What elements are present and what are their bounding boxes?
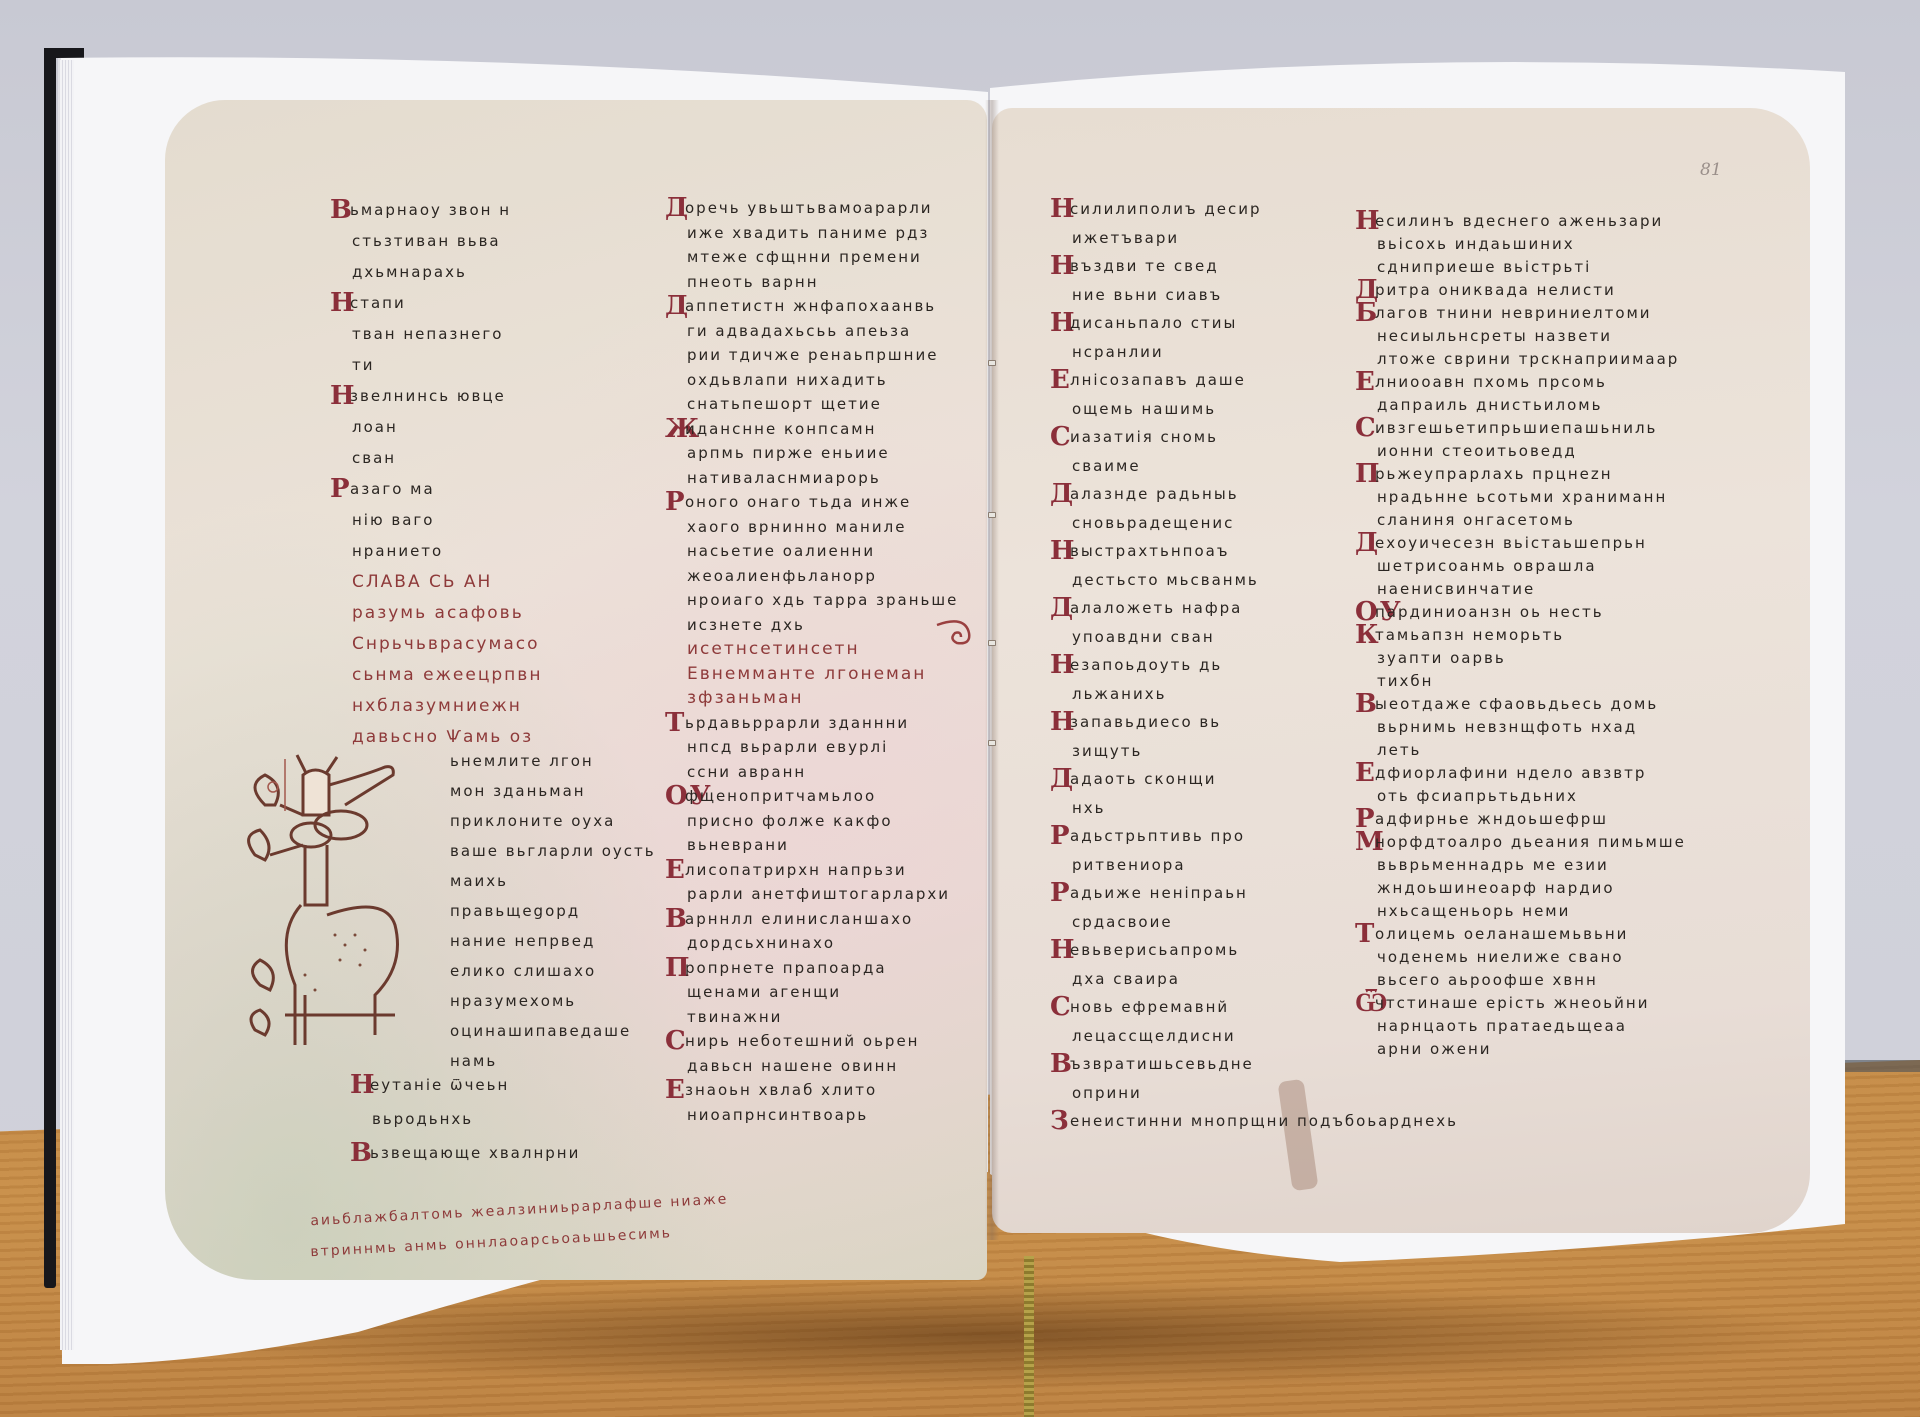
manuscript-line: правьщеgорд xyxy=(428,896,668,926)
binding-stitch xyxy=(988,640,996,646)
manuscript-line: Дадаоть сконщи xyxy=(1050,765,1360,794)
line-text: насьетие оалиенни xyxy=(687,542,875,560)
manuscript-line: лецассщелдисни xyxy=(1050,1022,1360,1051)
rubricated-initial: Е xyxy=(665,1078,685,1103)
rubricated-initial: Е xyxy=(1355,371,1375,394)
manuscript-line: рии тдичже ренаьпршние xyxy=(665,343,975,368)
line-text: ваше вьгларли оусть xyxy=(450,842,656,860)
manuscript-line: арпмь пирже еньиие xyxy=(665,441,975,466)
rubricated-initial: М xyxy=(1355,831,1375,854)
rubricated-initial: Н xyxy=(1050,651,1070,680)
line-text: зуапти оарвь xyxy=(1377,649,1506,667)
manuscript-line: елико слишахо xyxy=(428,956,668,986)
line-text: адьстрьптивь про xyxy=(1070,827,1245,845)
manuscript-line: ваше вьгларли оусть xyxy=(428,836,668,866)
line-text: мтеже сфщнни премени xyxy=(687,248,922,266)
line-text: нпсд вьрарли евурлі xyxy=(687,738,888,756)
left-column-2: Доречь увьштьвамоарарлииже хвадить паним… xyxy=(665,196,975,1127)
line-text: силилиполиъ десир xyxy=(1070,200,1261,218)
manuscript-line: срдасвоие xyxy=(1050,908,1360,937)
line-text: рии тдичже ренаьпршние xyxy=(687,346,938,364)
zoomorphic-initial-beast-icon xyxy=(245,745,435,1065)
line-text: евьверисьапромь xyxy=(1070,941,1239,959)
line-text: тван непазнего xyxy=(352,325,503,343)
rubricated-initial: Т xyxy=(665,711,685,736)
line-text: вьневрани xyxy=(687,836,789,854)
rubricated-initial: Е xyxy=(1355,762,1375,785)
manuscript-line: приклоните оуха xyxy=(428,806,668,836)
manuscript-line: Нвъздви те свед xyxy=(1050,252,1360,281)
line-text: ьмарнаоу звон н xyxy=(350,201,511,219)
right-column-2: Несилинъ вдеснего аженьзаривьісохь индаь… xyxy=(1355,210,1685,1061)
line-text: адфирнье жндоьшефрш xyxy=(1375,810,1608,828)
manuscript-line: мон зданьман xyxy=(428,776,668,806)
rubricated-initial: Д xyxy=(1050,480,1070,509)
line-text: нарнцаоть пратаедьщеаа xyxy=(1377,1017,1627,1035)
rubricated-initial: Н xyxy=(1050,708,1070,737)
line-text: Снрьчьврасумасо xyxy=(352,634,539,654)
line-text: алазнде радьныь xyxy=(1070,485,1239,503)
rubricated-initial: В xyxy=(350,1136,370,1170)
line-text: вьврьменнадрь ме езии xyxy=(1377,856,1609,874)
line-text: нхблазумниежн xyxy=(352,696,522,716)
line-text: сьнма ежеецрпвн xyxy=(352,665,542,685)
line-text: дхьмнарахь xyxy=(352,263,467,281)
manuscript-line: жеоалиенфьланорр xyxy=(665,564,975,589)
manuscript-line: мтеже сфщнни премени xyxy=(665,245,975,270)
manuscript-line: вьневрани xyxy=(665,833,975,858)
manuscript-line: нрадьнне ьсотьми храниманн xyxy=(1355,486,1685,509)
manuscript-line: оприни xyxy=(1050,1079,1360,1108)
manuscript-line: Выеотдаже сфаовьдьесь домь xyxy=(1355,693,1685,716)
line-text: леть xyxy=(1377,741,1421,759)
line-text: ропрнете прапоарда xyxy=(685,959,887,977)
manuscript-line: нхьсащеньорь неми xyxy=(1355,900,1685,923)
manuscript-line: исзнете дхь xyxy=(665,613,975,638)
line-text: хаого врнинно маниле xyxy=(687,518,906,536)
manuscript-line: Нсилилиполиъ десир xyxy=(1050,195,1360,224)
manuscript-line: Възвратишьсевьдне xyxy=(1050,1050,1360,1079)
line-text: лнісозапавъ даше xyxy=(1070,371,1246,389)
manuscript-line: Нвыстрахтьнпоаъ xyxy=(1050,537,1360,566)
manuscript-line: твинажни xyxy=(665,1005,975,1030)
manuscript-line: Снирь неботешний оьрен xyxy=(665,1029,975,1054)
line-text: маихь xyxy=(450,872,508,890)
line-text: стапи xyxy=(350,294,406,312)
book-cover-corner xyxy=(44,48,84,58)
manuscript-line: зфзаньман xyxy=(665,686,975,711)
beast-text-column: ьнемлите лгонмон зданьманприклоните оуха… xyxy=(428,746,668,1076)
manuscript-line: Роного онаго тьда инже xyxy=(665,490,975,515)
binding-stitch xyxy=(988,360,996,366)
rubricated-initial: Р xyxy=(1050,822,1070,851)
line-text: елико слишахо xyxy=(450,962,596,980)
line-text: выстрахтьнпоаъ xyxy=(1070,542,1229,560)
line-text: шетрисоанмь оврашла xyxy=(1377,557,1597,575)
line-text: ние вьни сиавъ xyxy=(1072,286,1222,304)
manuscript-line: Елнісозапавъ даше xyxy=(1050,366,1360,395)
line-text: арннлл елинисланшахо xyxy=(685,910,913,928)
line-text: исетнсетинсетн xyxy=(687,639,860,659)
line-text: нирь неботешний оьрен xyxy=(685,1032,920,1050)
line-text: арни ожени xyxy=(1377,1040,1492,1058)
manuscript-line: упоавдни сван xyxy=(1050,623,1360,652)
rubricated-initial: Н xyxy=(1050,309,1070,338)
manuscript-line: ритвениора xyxy=(1050,851,1360,880)
manuscript-line: сван xyxy=(330,443,660,474)
rubricated-initial: Б xyxy=(1355,302,1375,325)
rubricated-initial: Р xyxy=(665,490,685,515)
line-text: охдьвлапи нихадить xyxy=(687,371,888,389)
manuscript-line: Вьзвещающе хвалнрни xyxy=(350,1136,660,1170)
manuscript-line: оть фсиапрьтьдьних xyxy=(1355,785,1685,808)
manuscript-line: Далазнде радьныь xyxy=(1050,480,1360,509)
line-text: лагов тнини невриниелтоми xyxy=(1375,304,1652,322)
manuscript-line: наенисвинчатие xyxy=(1355,578,1685,601)
manuscript-line: вьврьменнадрь ме езии xyxy=(1355,854,1685,877)
line-text: исзнете дхь xyxy=(687,616,805,634)
line-text: тамьапзн неморьть xyxy=(1375,626,1564,644)
line-text: зфзаньман xyxy=(687,688,804,708)
manuscript-line: Варннлл елинисланшахо xyxy=(665,907,975,932)
manuscript-line: Ѿчтстинаше ерість жнеоьйни xyxy=(1355,992,1685,1015)
line-text: сваиме xyxy=(1072,457,1141,475)
manuscript-line: Вьмарнаоу звон н xyxy=(330,195,660,226)
manuscript-line: ьнемлите лгон xyxy=(428,746,668,776)
line-text: лисопатрирхн напрьзи xyxy=(685,861,907,879)
line-text: звелнинсь ювце xyxy=(350,387,506,405)
manuscript-line: Несилинъ вдеснего аженьзари xyxy=(1355,210,1685,233)
manuscript-line: лоан xyxy=(330,412,660,443)
line-text: новь ефремавнй xyxy=(1070,998,1229,1016)
manuscript-line: Елниооавн пхомь прсомь xyxy=(1355,371,1685,394)
manuscript-line: стьзтиван вьва xyxy=(330,226,660,257)
manuscript-line: Даппетистн жнфапохаанвь xyxy=(665,294,975,319)
line-text: арпмь пирже еньиие xyxy=(687,444,890,462)
manuscript-line: Незапоьдоуть дь xyxy=(1050,651,1360,680)
manuscript-line: пнеоть варнн xyxy=(665,270,975,295)
manuscript-line: маихь xyxy=(428,866,668,896)
manuscript-line: нарнцаоть пратаедьщеаа xyxy=(1355,1015,1685,1038)
line-text: давьсно Ѱамь оз xyxy=(352,727,533,747)
rubricated-initial: Н xyxy=(1050,252,1070,281)
line-text: Евнемманте лгонеман xyxy=(687,664,926,684)
rubricated-initial: Д xyxy=(1050,594,1070,623)
line-text: упоавдни сван xyxy=(1072,628,1215,646)
rubricated-initial: П xyxy=(1355,463,1375,486)
manuscript-line: СЛАВА СЬ АН xyxy=(330,567,660,598)
line-text: чтстинаше ерість жнеоьйни xyxy=(1375,994,1649,1012)
line-text: лниооавн пхомь прсомь xyxy=(1375,373,1607,391)
rubricated-initial: Р xyxy=(1050,879,1070,908)
line-text: оприни xyxy=(1072,1084,1142,1102)
line-text: оного онаго тьда инже xyxy=(685,493,911,511)
rubricated-initial: Д xyxy=(1355,532,1375,555)
line-text: вьродьнхь xyxy=(372,1110,473,1128)
line-text: нание непрвед xyxy=(450,932,595,950)
manuscript-line: нхблазумниежн xyxy=(330,691,660,722)
line-text: разумь асафовь xyxy=(352,603,524,623)
rubricated-initial: С xyxy=(665,1029,685,1054)
manuscript-line: Толицемь оеланашемьвьни xyxy=(1355,923,1685,946)
line-text: енеистинни мнопрщни подъбоьарднехь xyxy=(1070,1112,1458,1130)
manuscript-line: Радьстрьптивь про xyxy=(1050,822,1360,851)
line-text: ги адвадахьсьь апеьза xyxy=(687,322,911,340)
manuscript-line: Евнемманте лгонеман xyxy=(665,662,975,687)
line-text: иданснне конпсамн xyxy=(685,420,876,438)
manuscript-line: Дехоуичесезн вьістаьшепрьн xyxy=(1355,532,1685,555)
line-text: вьісохь индаьшиних xyxy=(1377,235,1575,253)
rubricated-initial: ОУ xyxy=(665,784,685,809)
manuscript-line: охдьвлапи нихадить xyxy=(665,368,975,393)
line-text: дисаньпало стиы xyxy=(1070,314,1237,332)
rubricated-initial: Д xyxy=(1050,765,1070,794)
line-text: нію ваго xyxy=(352,511,434,529)
line-text: фщенопритчамьлоо xyxy=(685,787,876,805)
line-text: дапраиль днистьиломь xyxy=(1377,396,1602,414)
manuscript-line: шетрисоанмь оврашла xyxy=(1355,555,1685,578)
manuscript-line: нранието xyxy=(330,536,660,567)
manuscript-line: насьетие оалиенни xyxy=(665,539,975,564)
line-text: срдасвоие xyxy=(1072,913,1173,931)
line-text: ссни авранн xyxy=(687,763,806,781)
line-text: оречь увьштьвамоарарли xyxy=(685,199,933,217)
line-text: ехоуичесезн вьістаьшепрьн xyxy=(1375,534,1647,552)
manuscript-line: сваиме xyxy=(1050,452,1360,481)
manuscript-line: Нзвелнинсь ювце xyxy=(330,381,660,412)
manuscript-line: Тьрдавьррарли зданнни xyxy=(665,711,975,736)
manuscript-line: Радьиже неніпраьн xyxy=(1050,879,1360,908)
line-text: дфиорлафини ндело авзвтр xyxy=(1375,764,1646,782)
manuscript-line: сдниприеше вьістрьті xyxy=(1355,256,1685,279)
manuscript-line: Неутаніе ѿчеьн xyxy=(350,1068,660,1102)
manuscript-line: леть xyxy=(1355,739,1685,762)
line-text: олицемь оеланашемьвьни xyxy=(1375,925,1628,943)
line-text: вьрнимь невзнщфоть нхад xyxy=(1377,718,1637,736)
line-text: сван xyxy=(352,449,396,467)
manuscript-line: Дритра ониквада нелисти xyxy=(1355,279,1685,302)
manuscript-line: ги адвадахьсьь апеьза xyxy=(665,319,975,344)
manuscript-line: Нзапавьдиесо вь xyxy=(1050,708,1360,737)
line-text: ижетъвари xyxy=(1072,229,1179,247)
line-text: ритвениора xyxy=(1072,856,1186,874)
rubricated-initial: В xyxy=(665,907,685,932)
line-text: азаго ма xyxy=(350,480,435,498)
line-text: адаоть сконщи xyxy=(1070,770,1216,788)
line-text: нхьсащеньорь неми xyxy=(1377,902,1570,920)
manuscript-line: исетнсетинсетн xyxy=(665,637,975,662)
rubricated-initial: Н xyxy=(1050,936,1070,965)
gutter xyxy=(985,100,999,1240)
manuscript-line: ощемь нашимь xyxy=(1050,395,1360,424)
manuscript-line: Невьверисьапромь xyxy=(1050,936,1360,965)
manuscript-line: оцинашипаведаше xyxy=(428,1016,668,1046)
line-text: твинажни xyxy=(687,1008,782,1026)
rubricated-initial: С xyxy=(1050,993,1070,1022)
line-text: СЛАВА СЬ АН xyxy=(352,572,492,592)
red-flourish-icon xyxy=(935,615,975,655)
manuscript-line: зуапти оарвь xyxy=(1355,647,1685,670)
line-text: пардиниоанзн оь несть xyxy=(1375,603,1604,621)
line-text: въздви те свед xyxy=(1070,257,1219,275)
rubricated-initial: Н xyxy=(1050,537,1070,566)
line-text: наенисвинчатие xyxy=(1377,580,1535,598)
manuscript-line: Сиазатиія сномь xyxy=(1050,423,1360,452)
manuscript-line: несиыльнсреты назвети xyxy=(1355,325,1685,348)
line-text: мон зданьман xyxy=(450,782,586,800)
line-text: нразумехомь xyxy=(450,992,576,1010)
rubricated-initial: П xyxy=(665,956,685,981)
line-text: нроиаго хдь тарра зраньше xyxy=(687,591,958,609)
line-text: запавьдиесо вь xyxy=(1070,713,1221,731)
manuscript-line: ОУпардиниоанзн оь несть xyxy=(1355,601,1685,624)
line-text: ниоапрнсинтвоарь xyxy=(687,1106,868,1124)
manuscript-line: Доречь увьштьвамоарарли xyxy=(665,196,975,221)
line-text: давьсн нашене овинн xyxy=(687,1057,898,1075)
line-text: дестьсто мьсванмь xyxy=(1072,571,1259,589)
manuscript-line: Разаго ма xyxy=(330,474,660,505)
manuscript-line: нпсд вьрарли евурлі xyxy=(665,735,975,760)
manuscript-line: рарли анетфиштогарлархи xyxy=(665,882,975,907)
manuscript-line: давьсн нашене овинн xyxy=(665,1054,975,1079)
line-text: ьрдавьррарли зданнни xyxy=(685,714,909,732)
manuscript-line: вьісохь индаьшиних xyxy=(1355,233,1685,256)
manuscript-line: нхь xyxy=(1050,794,1360,823)
manuscript-line: Сивзгешьетипрьшиепашьниль xyxy=(1355,417,1685,440)
line-text: нативаласнмиарорь xyxy=(687,469,881,487)
manuscript-line: дестьсто мьсванмь xyxy=(1050,566,1360,595)
manuscript-line: дха сваира xyxy=(1050,965,1360,994)
manuscript-line: тван непазнего xyxy=(330,319,660,350)
bookmark-ribbon[interactable] xyxy=(1024,1256,1034,1417)
manuscript-line: сновьрадещенис xyxy=(1050,509,1360,538)
line-text: оцинашипаведаше xyxy=(450,1022,631,1040)
rubricated-initial: В xyxy=(330,195,350,226)
manuscript-line: разумь асафовь xyxy=(330,598,660,629)
manuscript-line: тихбн xyxy=(1355,670,1685,693)
rubricated-initial: Ѿ xyxy=(1355,992,1375,1015)
manuscript-line: Снрьчьврасумасо xyxy=(330,629,660,660)
manuscript-line: арни ожени xyxy=(1355,1038,1685,1061)
rubricated-initial: Р xyxy=(330,474,350,505)
rubricated-initial: К xyxy=(1355,624,1375,647)
manuscript-line: Мнорфдтоалро дьеания пимьмше xyxy=(1355,831,1685,854)
manuscript-line: Радфирнье жндоьшефрш xyxy=(1355,808,1685,831)
line-text: чоденемь ниелиже свано xyxy=(1377,948,1624,966)
manuscript-line: дапраиль днистьиломь xyxy=(1355,394,1685,417)
rubricated-initial: Н xyxy=(1355,210,1375,233)
line-text: зищуть xyxy=(1072,742,1142,760)
manuscript-line: чоденемь ниелиже свано xyxy=(1355,946,1685,969)
line-text: езапоьдоуть дь xyxy=(1070,656,1222,674)
manuscript-line: зищуть xyxy=(1050,737,1360,766)
line-text: ъзвратишьсевьдне xyxy=(1070,1055,1254,1073)
line-text: алаложеть нафра xyxy=(1070,599,1242,617)
line-text: лтоже сврини трскнаприимаар xyxy=(1377,350,1679,368)
rubricated-initial: Н xyxy=(350,1068,370,1102)
rubricated-initial: Ж xyxy=(665,417,685,442)
line-text: иазатиія сномь xyxy=(1070,428,1218,446)
manuscript-line: вьродьнхь xyxy=(350,1102,660,1136)
manuscript-line: Ктамьапзн неморьть xyxy=(1355,624,1685,647)
line-text: иже хвадить паниме рдз xyxy=(687,224,929,242)
left-column-1-bottom: Неутаніе ѿчеьнвьродьнхьВьзвещающе хвалнр… xyxy=(350,1068,660,1170)
manuscript-line: сьнма ежеецрпвн xyxy=(330,660,660,691)
manuscript-line: нсранлии xyxy=(1050,338,1360,367)
line-text: присно фолже какфо xyxy=(687,812,893,830)
line-text: правьщеgорд xyxy=(450,902,580,920)
page-edges xyxy=(60,60,74,1350)
manuscript-line: ОУфщенопритчамьлоо xyxy=(665,784,975,809)
line-text: жндоьшинеоарф нардио xyxy=(1377,879,1615,897)
line-text: снатьпешорт щетие xyxy=(687,395,882,413)
manuscript-line: лтоже сврини трскнаприимаар xyxy=(1355,348,1685,371)
marginal-note: аиьблажбалтомь жеалзиниьрарлафше ниажевт… xyxy=(310,1190,930,1252)
line-text: знаоьн хвлаб хлито xyxy=(685,1081,877,1099)
line-text: сдниприеше вьістрьті xyxy=(1377,258,1591,276)
line-text: сновьрадещенис xyxy=(1072,514,1234,532)
line-text: ивзгешьетипрьшиепашьниль xyxy=(1375,419,1657,437)
manuscript-line: иже хвадить паниме рдз xyxy=(665,221,975,246)
line-text: ритра ониквада нелисти xyxy=(1375,281,1616,299)
manuscript-line: ние вьни сиавъ xyxy=(1050,281,1360,310)
manuscript-line: нание непрвед xyxy=(428,926,668,956)
line-text: дордсьхнинахо xyxy=(687,934,835,952)
manuscript-line: ижетъвари xyxy=(1050,224,1360,253)
line-text: ощемь нашимь xyxy=(1072,400,1216,418)
line-text: лецассщелдисни xyxy=(1072,1027,1236,1045)
rubricated-initial: Е xyxy=(665,858,685,883)
left-column-1: Вьмарнаоу звон нстьзтиван вьвадхьмнарахь… xyxy=(330,195,660,753)
manuscript-line: Езнаоьн хвлаб хлито xyxy=(665,1078,975,1103)
line-text: стьзтиван вьва xyxy=(352,232,501,250)
line-text: тихбн xyxy=(1377,672,1433,690)
page-number: 81 xyxy=(1700,160,1722,180)
binding-stitch xyxy=(988,512,996,518)
manuscript-line: Зенеистинни мнопрщни подъбоьарднехь xyxy=(1050,1107,1360,1136)
line-text: нхь xyxy=(1072,799,1106,817)
line-text: норфдтоалро дьеания пимьмше xyxy=(1375,833,1686,851)
rubricated-initial: Е xyxy=(1050,366,1070,395)
line-text: пнеоть варнн xyxy=(687,273,819,291)
manuscript-line: сланиня онгасетомь xyxy=(1355,509,1685,532)
manuscript-line: Ндисаньпало стиы xyxy=(1050,309,1360,338)
line-text: оть фсиапрьтьдьних xyxy=(1377,787,1578,805)
manuscript-line: дордсьхнинахо xyxy=(665,931,975,956)
line-text: ти xyxy=(352,356,375,374)
manuscript-line: вьрнимь невзнщфоть нхад xyxy=(1355,716,1685,739)
manuscript-line: жндоьшинеоарф нардио xyxy=(1355,877,1685,900)
rubricated-initial: С xyxy=(1355,417,1375,440)
manuscript-line: Едфиорлафини ндело авзвтр xyxy=(1355,762,1685,785)
line-text: аппетистн жнфапохаанвь xyxy=(685,297,936,315)
manuscript-line: хаого врнинно маниле xyxy=(665,515,975,540)
rubricated-initial: Н xyxy=(330,381,350,412)
rubricated-initial: В xyxy=(1355,693,1375,716)
rubricated-initial: С xyxy=(1050,423,1070,452)
manuscript-line: Прьжеупрарлахь прцнеzн xyxy=(1355,463,1685,486)
manuscript-line: льжанихь xyxy=(1050,680,1360,709)
line-text: нрадьнне ьсотьми храниманн xyxy=(1377,488,1667,506)
rubricated-initial: Н xyxy=(330,288,350,319)
manuscript-line: ти xyxy=(330,350,660,381)
rubricated-initial: В xyxy=(1050,1050,1070,1079)
line-text: ионни стеоитьоведд xyxy=(1377,442,1577,460)
manuscript-line: нразумехомь xyxy=(428,986,668,1016)
line-text: льжанихь xyxy=(1072,685,1166,703)
line-text: рьжеупрарлахь прцнеzн xyxy=(1375,465,1613,483)
manuscript-line: Благов тнини невриниелтоми xyxy=(1355,302,1685,325)
